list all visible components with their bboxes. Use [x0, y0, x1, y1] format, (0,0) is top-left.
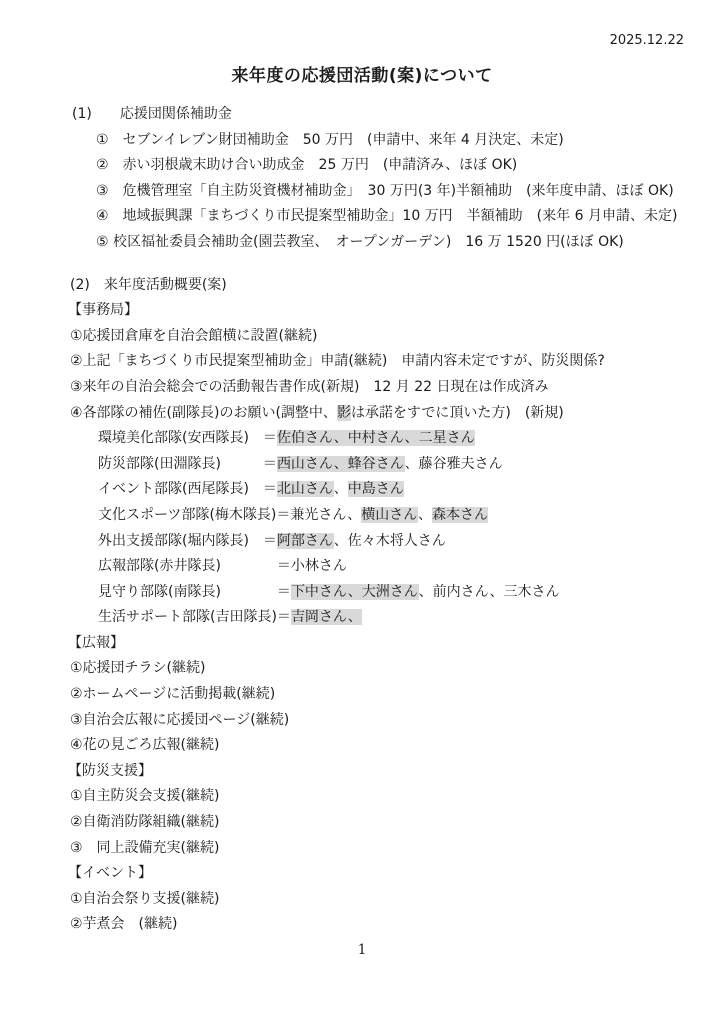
text-segment: は承諾をすでに頂いた方) (新規): [351, 405, 564, 421]
doc-line: (2) 来年度活動概要(案): [68, 273, 688, 299]
doc-line: ①自主防災会支援(継続): [68, 784, 688, 810]
doc-line: ③ 危機管理室「自主防災資機材補助金」 30 万円(3 年)半額補助 (来年度申…: [68, 179, 688, 205]
blank-line: [68, 256, 688, 273]
highlighted-text: 下中さん、大洲さん: [291, 584, 419, 600]
text-segment: ① セブンイレブン財団補助金 50 万円 (申請中、来年 4 月決定、未定): [96, 132, 564, 148]
text-segment: 、: [334, 481, 348, 497]
doc-line: ②上記「まちづくり市民提案型補助金」申請(継続) 申請内容未定ですが、防災関係?: [68, 349, 688, 375]
doc-line: ②自衛消防隊組織(継続): [68, 810, 688, 836]
text-segment: ③自治会広報に応援団ページ(継続): [70, 712, 289, 728]
text-segment: 【防災支援】: [68, 763, 152, 779]
text-segment: 防災部隊(田淵隊長) ＝: [98, 456, 277, 472]
text-segment: イベント部隊(西尾隊長) ＝: [98, 481, 277, 497]
text-segment: 見守り部隊(南隊長) ＝: [98, 584, 291, 600]
text-segment: ③ 危機管理室「自主防災資機材補助金」 30 万円(3 年)半額補助 (来年度申…: [96, 183, 674, 199]
document-page: 2025.12.22 来年度の応援団活動(案)について (1) 応援団関係補助金…: [0, 0, 724, 1024]
text-segment: ①自治会祭り支援(継続): [70, 891, 219, 907]
doc-line: ④各部隊の補佐(副隊長)のお願い(調整中、影は承諾をすでに頂いた方) (新規): [68, 401, 688, 427]
text-segment: 生活サポート部隊(吉田隊長)＝: [98, 609, 291, 625]
doc-line: ④花の見ごろ広報(継続): [68, 733, 688, 759]
text-segment: ①自主防災会支援(継続): [70, 788, 219, 804]
doc-line: イベント部隊(西尾隊長) ＝北山さん、中島さん: [68, 477, 688, 503]
text-segment: ①応援団倉庫を自治会館横に設置(継続): [70, 328, 317, 344]
highlighted-text: 北山さん: [277, 481, 334, 497]
doc-line: ②芋煮会 (継続): [68, 912, 688, 938]
doc-line: 【事務局】: [68, 298, 688, 324]
text-segment: 【事務局】: [68, 302, 138, 318]
doc-line: 【広報】: [68, 631, 688, 657]
doc-line: ② 赤い羽根歳末助け合い助成金 25 万円 (申請済み、ほぼ OK): [68, 153, 688, 179]
text-segment: ⑤ 校区福祉委員会補助金(園芸教室、 オープンガーデン) 16 万 1520 円…: [96, 234, 624, 250]
doc-line: ③自治会広報に応援団ページ(継続): [68, 708, 688, 734]
highlighted-text: 森本さん: [432, 507, 488, 523]
text-segment: ②芋煮会 (継続): [70, 916, 177, 932]
highlighted-text: 吉岡さん、: [291, 609, 362, 625]
text-segment: 、前内さん、三木さん: [419, 584, 560, 600]
document-date: 2025.12.22: [0, 33, 724, 49]
page-number: 1: [0, 940, 724, 960]
doc-line: ①応援団チラシ(継続): [68, 656, 688, 682]
text-segment: ④各部隊の補佐(副隊長)のお願い(調整中、: [70, 405, 337, 421]
text-segment: ③来年の自治会総会での活動報告書作成(新規) 12 月 22 日現在は作成済み: [70, 379, 548, 395]
text-segment: ②ホームページに活動掲載(継続): [70, 686, 275, 702]
doc-line: ⑤ 校区福祉委員会補助金(園芸教室、 オープンガーデン) 16 万 1520 円…: [68, 230, 688, 256]
text-segment: ④花の見ごろ広報(継続): [70, 737, 219, 753]
highlighted-text: 横山さん: [361, 507, 418, 523]
text-segment: 、: [418, 507, 432, 523]
highlighted-text: 影: [337, 405, 351, 421]
doc-line: 【防災支援】: [68, 759, 688, 785]
highlighted-text: 佐伯さん、中村さん、二星さん: [277, 430, 475, 446]
doc-line: ③来年の自治会総会での活動報告書作成(新規) 12 月 22 日現在は作成済み: [68, 375, 688, 401]
doc-line: 文化スポーツ部隊(梅木隊長)＝兼光さん、横山さん、森本さん: [68, 503, 688, 529]
doc-line: 生活サポート部隊(吉田隊長)＝吉岡さん、: [68, 605, 688, 631]
document-title: 来年度の応援団活動(案)について: [0, 63, 724, 89]
doc-line: ④ 地域振興課「まちづくり市民提案型補助金」10 万円 半額補助 (来年 6 月…: [68, 204, 688, 230]
document-body: (1) 応援団関係補助金① セブンイレブン財団補助金 50 万円 (申請中、来年…: [0, 102, 724, 938]
text-segment: 文化スポーツ部隊(梅木隊長)＝兼光さん、: [98, 507, 361, 523]
text-segment: 、藤谷雅夫さん: [405, 456, 503, 472]
doc-line: 外出支援部隊(堀内隊長) ＝阿部さん、佐々木将人さん: [68, 529, 688, 555]
text-segment: 【イベント】: [68, 865, 152, 881]
text-segment: (1) 応援団関係補助金: [72, 106, 232, 122]
doc-line: ① セブンイレブン財団補助金 50 万円 (申請中、来年 4 月決定、未定): [68, 128, 688, 154]
doc-line: 広報部隊(赤井隊長) ＝小林さん: [68, 554, 688, 580]
highlighted-text: 阿部さん: [277, 533, 334, 549]
text-segment: ①応援団チラシ(継続): [70, 660, 205, 676]
doc-line: 見守り部隊(南隊長) ＝下中さん、大洲さん、前内さん、三木さん: [68, 580, 688, 606]
highlighted-text: 西山さん、蜂谷さん: [277, 456, 405, 472]
doc-line: ③ 同上設備充実(継続): [68, 836, 688, 862]
text-segment: 広報部隊(赤井隊長) ＝小林さん: [98, 558, 347, 574]
text-segment: 環境美化部隊(安西隊長) ＝: [98, 430, 277, 446]
highlighted-text: 中島さん: [348, 481, 404, 497]
text-segment: ②上記「まちづくり市民提案型補助金」申請(継続) 申請内容未定ですが、防災関係?: [70, 353, 605, 369]
text-segment: (2) 来年度活動概要(案): [70, 277, 227, 293]
text-segment: ② 赤い羽根歳末助け合い助成金 25 万円 (申請済み、ほぼ OK): [96, 157, 517, 173]
doc-line: ②ホームページに活動掲載(継続): [68, 682, 688, 708]
text-segment: ②自衛消防隊組織(継続): [70, 814, 219, 830]
doc-line: ①応援団倉庫を自治会館横に設置(継続): [68, 324, 688, 350]
text-segment: ③ 同上設備充実(継続): [70, 840, 219, 856]
doc-line: 環境美化部隊(安西隊長) ＝佐伯さん、中村さん、二星さん: [68, 426, 688, 452]
text-segment: ④ 地域振興課「まちづくり市民提案型補助金」10 万円 半額補助 (来年 6 月…: [96, 208, 677, 224]
text-segment: 外出支援部隊(堀内隊長) ＝: [98, 533, 277, 549]
text-segment: 【広報】: [68, 635, 124, 651]
doc-line: ①自治会祭り支援(継続): [68, 887, 688, 913]
doc-line: 【イベント】: [68, 861, 688, 887]
doc-line: 防災部隊(田淵隊長) ＝西山さん、蜂谷さん、藤谷雅夫さん: [68, 452, 688, 478]
text-segment: 、佐々木将人さん: [334, 533, 446, 549]
doc-line: (1) 応援団関係補助金: [68, 102, 688, 128]
